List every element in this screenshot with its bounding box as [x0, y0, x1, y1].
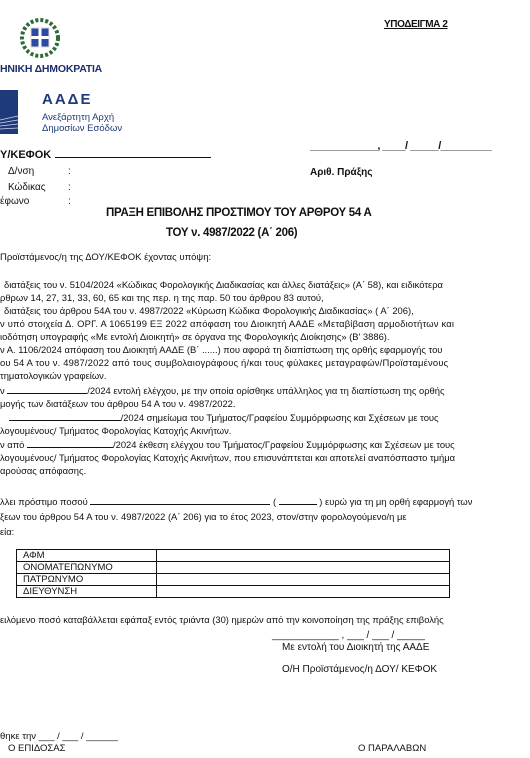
note-line-2: λογουμένους/ Τμήματος Φορολογίας Κατοχής… [0, 425, 231, 436]
consideration-line: τηματολογικών γραφείων. [0, 370, 106, 381]
field-code-label: Κώδικας [8, 182, 46, 193]
note-line: /2024 σημείωμα του Τμήματος/Γραφείου Συμ… [0, 412, 439, 423]
aade-subtitle-2: Δημοσίων Εσόδων [42, 123, 122, 134]
report-number-blank[interactable] [27, 447, 113, 448]
report-prefix: ν από [0, 439, 24, 450]
consideration-line: διατάξεις του άρθρου 54Α του ν. 4987/202… [4, 305, 414, 316]
office-blank [55, 157, 211, 158]
table-row: ΔΙΕΥΘΥΝΣΗ [17, 586, 450, 598]
table-value-full-name[interactable] [157, 562, 450, 574]
signature-role-line: Ο/Η Προϊστάμενος/η ΔΟΥ/ ΚΕΦΟΚ [282, 664, 437, 675]
signature-date-line: ____________ , ___ / ___ / _____ [272, 630, 425, 641]
office-name: Υ/ΚΕΦΟΚ [0, 149, 51, 161]
report-line-2: λογουμένους/ Τμήματος Φορολογίας Κατοχής… [0, 452, 455, 463]
audit-order-line-2: μογής των διατάξεων του άρθρου 54 Α του … [0, 398, 235, 409]
greek-coat-of-arms-icon [20, 18, 60, 58]
model-label: ΥΠΟΔΕΙΓΜΑ 2 [384, 19, 448, 30]
intro-text: Προϊστάμενος/η της ΔΟΥ/ΚΕΦΟΚ έχοντας υπό… [0, 252, 211, 263]
report-line-3: αρούσας απόφασης. [0, 465, 86, 476]
fine-paren-open: ( [273, 496, 276, 507]
aade-logo-icon [0, 90, 18, 134]
consideration-line: διατάξεις του ν. 5104/2024 «Κώδικας Φορο… [4, 279, 443, 290]
table-label-address: ΔΙΕΥΘΥΝΣΗ [17, 586, 157, 598]
field-address-sep: : [68, 166, 71, 177]
note-number-blank[interactable] [9, 420, 121, 421]
consideration-line: ν υπό στοιχεία Δ. ΟΡΓ. Α 1065199 ΕΞ 2022… [0, 318, 454, 329]
audit-order-line: ν /2024 εντολή ελέγχου, με την οποία ορί… [0, 385, 445, 396]
recipient-label: Ο ΠΑΡΑΛΑΒΩΝ [358, 743, 426, 754]
payment-note: ειλόμενο ποσό καταβάλλεται εφάπαξ εντός … [0, 614, 444, 625]
document-title-line-2: ΤΟΥ ν. 4987/2022 (Α΄ 206) [166, 227, 297, 239]
aade-subtitle-1: Ανεξάρτητη Αρχή [42, 112, 114, 123]
report-line: ν από /2024 έκθεση ελέγχου του Τμήματος/… [0, 439, 455, 450]
audit-order-prefix: ν [0, 385, 5, 396]
table-value-address[interactable] [157, 586, 450, 598]
fine-amount-digits-blank[interactable] [279, 504, 317, 505]
republic-label: ΗΝΙΚΗ ΔΗΜΟΚΡΑΤΙΑ [0, 63, 102, 75]
consideration-line: ιοδότηση υπογραφής «Με εντολή Διοικητή» … [0, 331, 390, 342]
act-number-label: Αριθ. Πράξης [310, 167, 372, 178]
server-label: Ο ΕΠΙΔΟΣΑΣ [8, 743, 65, 754]
signature-order-line: Με εντολή του Διοικητή της ΑΑΔΕ [282, 642, 429, 653]
fine-line-3: εία: [0, 526, 14, 537]
note-suffix: /2024 σημείωμα του Τμήματος/Γραφείου Συμ… [121, 412, 439, 423]
audit-order-number-blank[interactable] [7, 393, 87, 394]
fine-line: λλει πρόστιμο ποσού ( ) ευρώ για τη μη ο… [0, 496, 472, 507]
fine-line-2: ξεων του άρθρου 54 Α του ν. 4987/2022 (Α… [0, 511, 407, 522]
served-prefix: θηκε την [0, 731, 36, 742]
consideration-line: ρθρων 14, 27, 31, 33, 60, 65 και της περ… [0, 292, 324, 303]
aade-name: ΑΑΔΕ [42, 91, 92, 108]
table-row: ΑΦΜ [17, 550, 450, 562]
fine-paren-close: ) ευρώ για τη μη ορθή εφαρμογή των [319, 496, 472, 507]
field-code-sep: : [68, 182, 71, 193]
table-label-father-name: ΠΑΤΡΩΝΥΜΟ [17, 574, 157, 586]
table-row: ΟΝΟΜΑΤΕΠΩΝΥΜΟ [17, 562, 450, 574]
fine-prefix: λλει πρόστιμο ποσού [0, 496, 88, 507]
office-label: Υ/ΚΕΦΟΚ [0, 149, 211, 161]
table-value-tin[interactable] [157, 550, 450, 562]
consideration-line: ν Α. 1106/2024 απόφαση του Διοικητή ΑΑΔΕ… [0, 344, 442, 355]
fine-amount-words-blank[interactable] [90, 504, 270, 505]
field-phone-label: έφωνο [0, 196, 29, 207]
served-line: θηκε την ___ / ___ / ______ [0, 731, 118, 742]
table-label-tin: ΑΦΜ [17, 550, 157, 562]
taxpayer-table: ΑΦΜ ΟΝΟΜΑΤΕΠΩΝΥΜΟ ΠΑΤΡΩΝΥΜΟ ΔΙΕΥΘΥΝΣΗ [16, 549, 450, 598]
served-date-blank[interactable]: ___ / ___ / ______ [39, 731, 118, 742]
table-label-full-name: ΟΝΟΜΑΤΕΠΩΝΥΜΟ [17, 562, 157, 574]
audit-order-suffix: /2024 εντολή ελέγχου, με την οποία ορίσθ… [87, 385, 444, 396]
date-line: ____________, ____/ _____/_________ [310, 140, 491, 152]
consideration-line: ου 54 Α του ν. 4987/2022 από τους συμβολ… [0, 357, 448, 368]
table-value-father-name[interactable] [157, 574, 450, 586]
table-row: ΠΑΤΡΩΝΥΜΟ [17, 574, 450, 586]
document-title-line-1: ΠΡΑΞΗ ΕΠΙΒΟΛΗΣ ΠΡΟΣΤΙΜΟΥ ΤΟΥ ΑΡΘΡΟΥ 54 Α [106, 207, 371, 219]
field-phone-sep: : [68, 196, 71, 207]
report-suffix: /2024 έκθεση ελέγχου του Τμήματος/Γραφεί… [113, 439, 455, 450]
field-address-label: Δ/νση [8, 166, 34, 177]
